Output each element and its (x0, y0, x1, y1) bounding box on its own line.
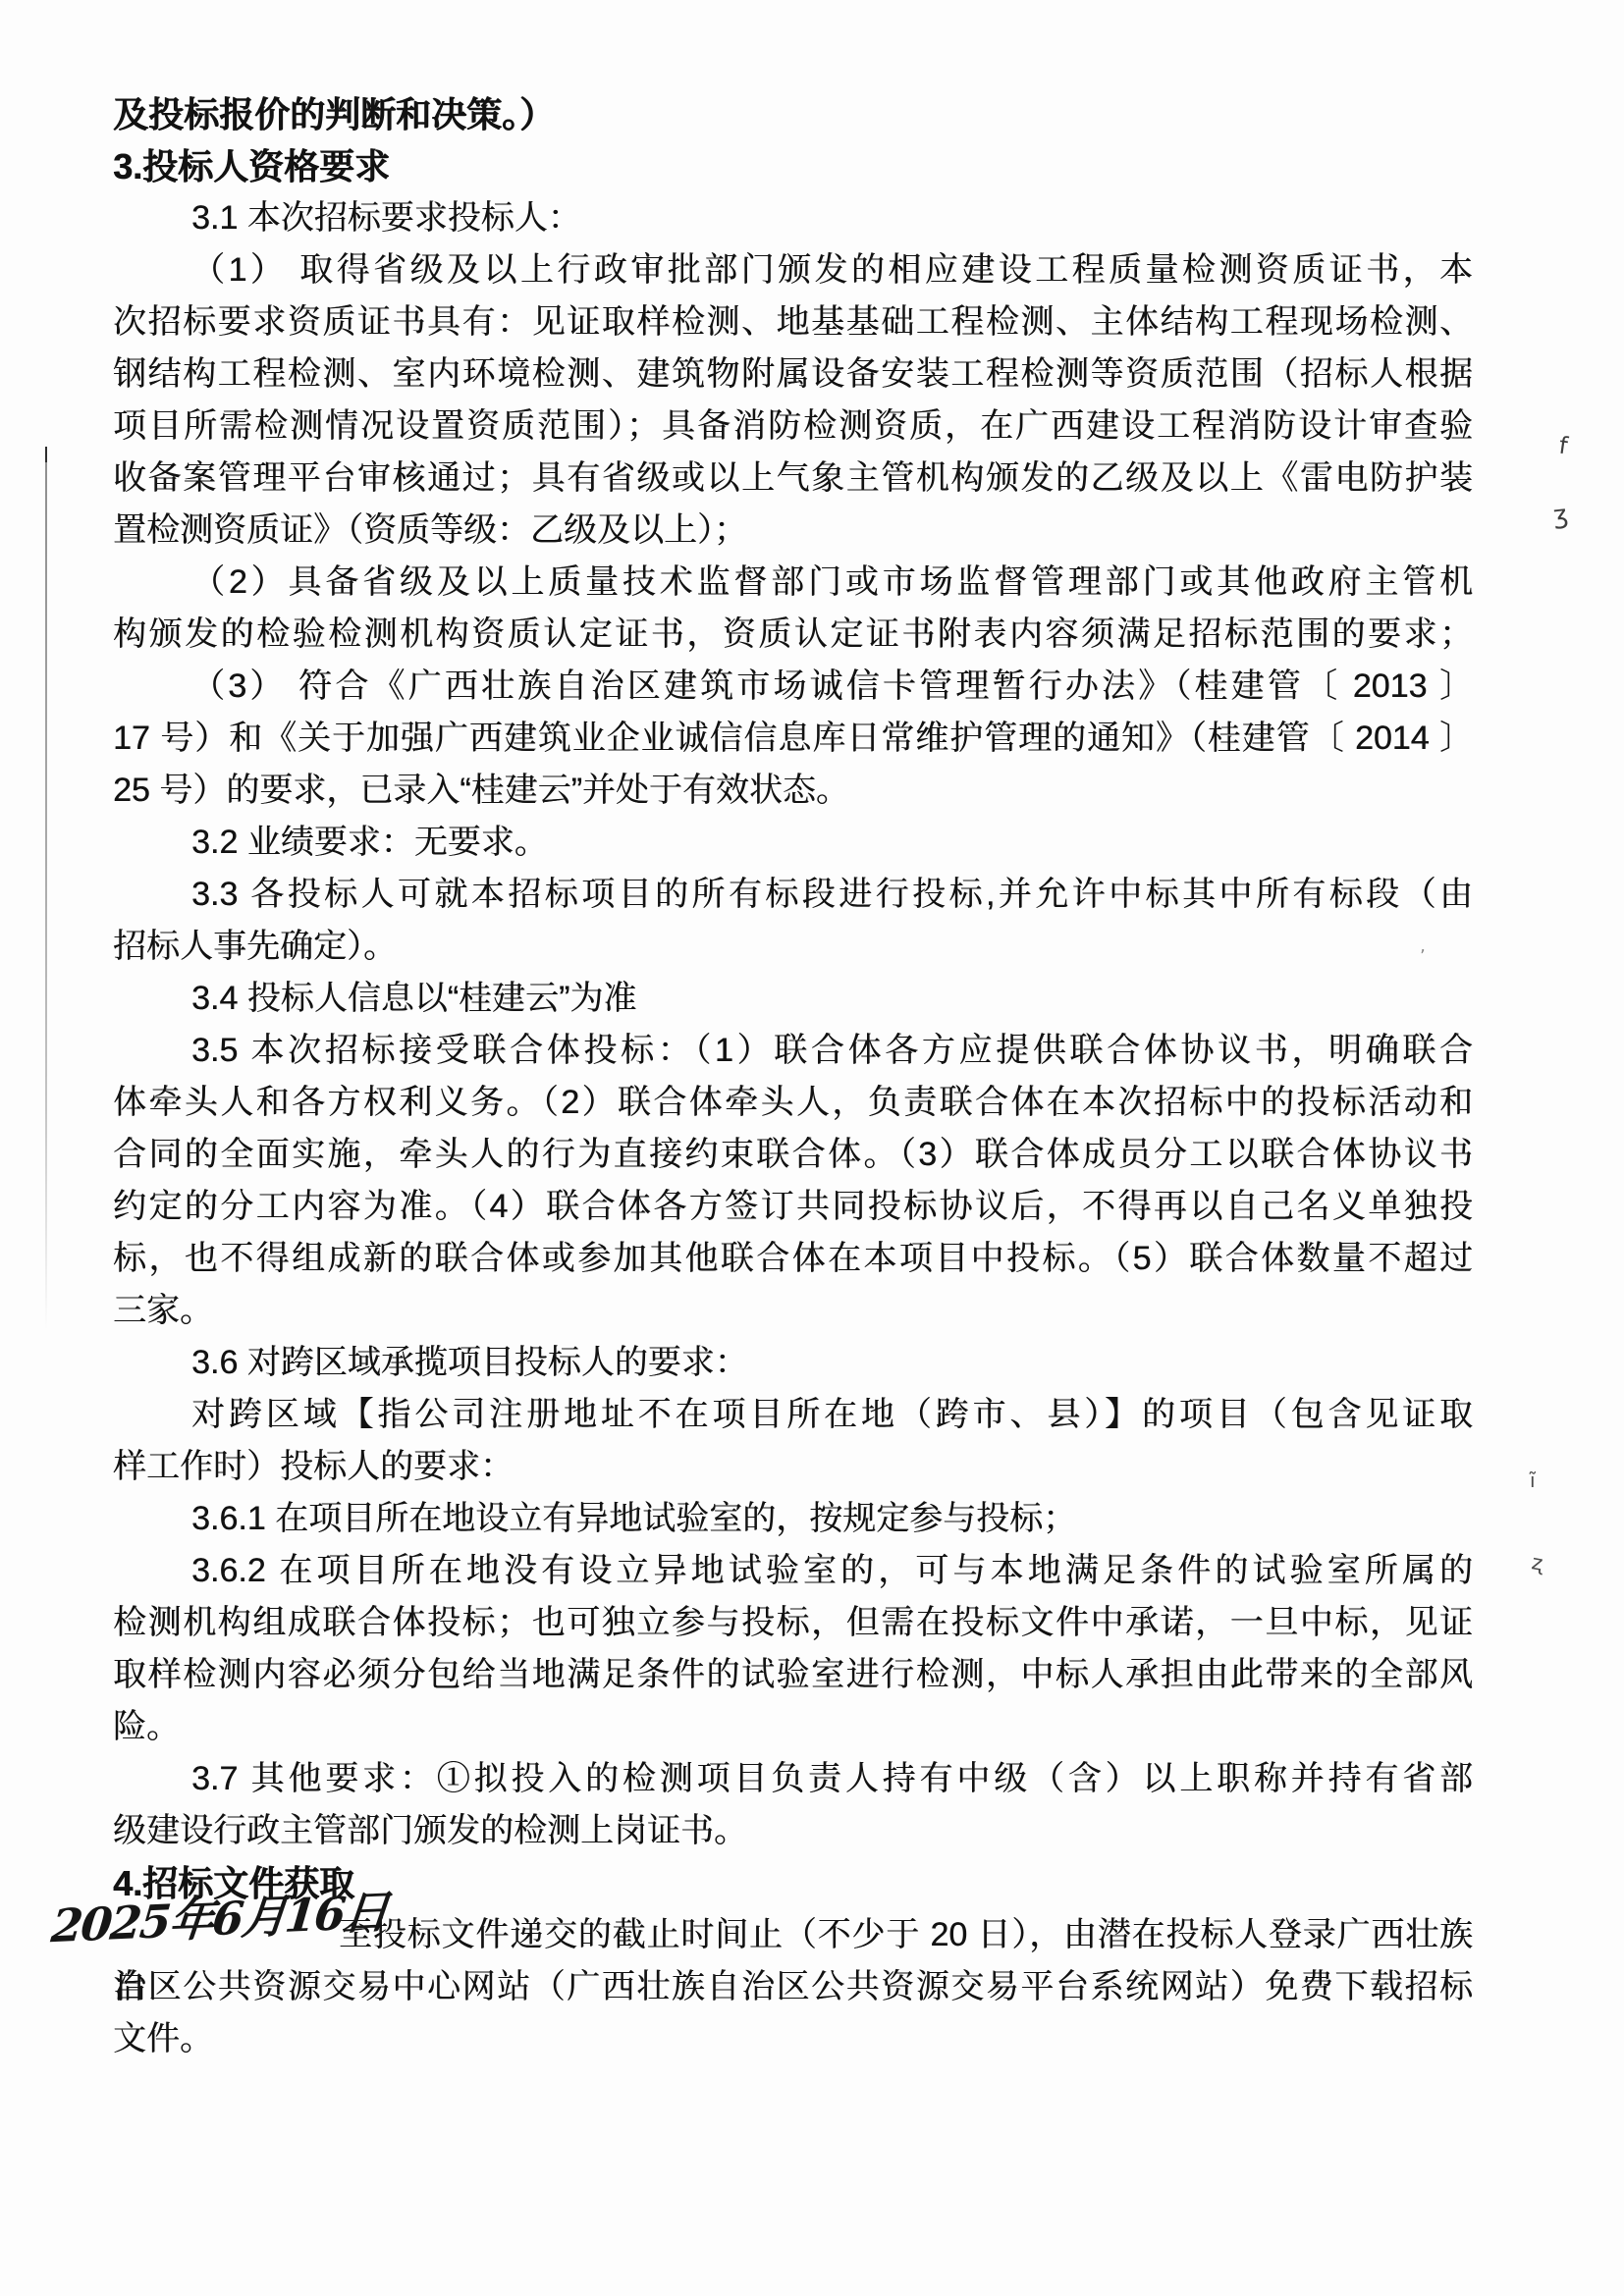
text-line: 收备案管理平台审核通过；具有省级或以上气象主管机构颁发的乙级及以上《雷电防护装 (113, 453, 1473, 505)
text-line: 合同的全面实施，牵头人的行为直接约束联合体。（3）联合体成员分工以联合体协议书 (113, 1129, 1473, 1181)
text-line: 约定的分工内容为准。（4）联合体各方签订共同投标协议后，不得再以自己名义单独投 (113, 1181, 1473, 1233)
clause-3-5: 3.5 本次招标接受联合体投标：（1）联合体各方应提供联合体协议书，明确联合 (113, 1025, 1473, 1077)
text-line: 招标人事先确定）。 (113, 921, 1473, 973)
text-line: 次招标要求资质证书具有：见证取样检测、地基基础工程检测、主体结构工程现场检测、 (113, 296, 1473, 348)
text-line: 项目所需检测情况设置资质范围）；具备消防检测资质，在广西建设工程消防设计审查验 (113, 400, 1473, 453)
text-line: 标，也不得组成新的联合体或参加其他联合体在本项目中投标。（5）联合体数量不超过 (113, 1233, 1473, 1285)
text-line: 治区公共资源交易中心网站（广西壮族自治区公共资源交易平台系统网站）免费下载招标 (113, 1961, 1473, 2013)
text-line: 三家。 (113, 1285, 1473, 1337)
text-line: 体牵头人和各方权利义务。（2）联合体牵头人，负责联合体在本次招标中的投标活动和 (113, 1077, 1473, 1129)
clause-3-7: 3.7 其他要求：①拟投入的检测项目负责人持有中级（含）以上职称并持有省部 (113, 1753, 1473, 1805)
section-heading-3: 3.投标人资格要求 (113, 140, 1473, 192)
clause-3-2: 3.2 业绩要求：无要求。 (113, 817, 1473, 869)
clause-3-1: 3.1 本次招标要求投标人： (113, 192, 1473, 244)
clause-3-6-1: 3.6.1 在项目所在地设立有异地试验室的，按规定参与投标； (113, 1493, 1473, 1545)
text-line: 级建设行政主管部门颁发的检测上岗证书。 (113, 1805, 1473, 1857)
text-line: 对跨区域【指公司注册地址不在项目所在地（跨市、县）】的项目（包含见证取 (113, 1389, 1473, 1441)
pen-mark-artifact: ĩ (1530, 1470, 1536, 1490)
text-line: （2）具备省级及以上质量技术监督部门或市场监督管理部门或其他政府主管机 (113, 557, 1473, 609)
clause-3-6-2: 3.6.2 在项目所在地没有设立异地试验室的，可与本地满足条件的试验室所属的 (113, 1545, 1473, 1597)
pen-mark-artifact: ʐ (1530, 1552, 1544, 1575)
text-line: 文件。 (113, 2013, 1473, 2065)
paragraph-tail: 及投标报价的判断和决策。） (113, 88, 1473, 140)
text-line: （3） 符合《广西壮族自治区建筑市场诚信卡管理暂行办法》（桂建管〔 2013 〕 (113, 661, 1473, 713)
text-line: 构颁发的检验检测机构资质认定证书，资质认定证书附表内容须满足招标范围的要求； (113, 609, 1473, 661)
text-line: 置检测资质证》（资质等级：乙级及以上）； (113, 505, 1473, 557)
text-line: 样工作时）投标人的要求： (113, 1441, 1473, 1493)
text-line: 取样检测内容必须分包给当地满足条件的试验室进行检测，中标人承担由此带来的全部风 (113, 1649, 1473, 1701)
text-line: 险。 (113, 1701, 1473, 1753)
clause-3-6: 3.6 对跨区域承揽项目投标人的要求： (113, 1337, 1473, 1389)
scanned-tender-document-page: 及投标报价的判断和决策。） 3.投标人资格要求 3.1 本次招标要求投标人： （… (0, 0, 1624, 2296)
document-text-block: 及投标报价的判断和决策。） 3.投标人资格要求 3.1 本次招标要求投标人： （… (113, 88, 1473, 2065)
pen-mark-artifact: f (1557, 434, 1569, 458)
text-line: 25 号）的要求，已录入“桂建云”并处于有效状态。 (113, 765, 1473, 817)
pen-mark-artifact: ’ (1420, 948, 1426, 966)
text-line: 17 号）和《关于加强广西建筑业企业诚信信息库日常维护管理的通知》（桂建管〔 2… (113, 713, 1473, 765)
text-line: 钢结构工程检测、室内环境检测、建筑物附属设备安装工程检测等资质范围（招标人根据 (113, 348, 1473, 400)
text-line: 检测机构组成联合体投标；也可独立参与投标，但需在投标文件中承诺，一旦中标，见证 (113, 1597, 1473, 1649)
text-line: （1） 取得省级及以上行政审批部门颁发的相应建设工程质量检测资质证书，本 (113, 244, 1473, 296)
scan-fold-line-artifact (45, 447, 47, 1330)
clause-3-3: 3.3 各投标人可就本招标项目的所有标段进行投标,并允许中标其中所有标段（由 (113, 869, 1473, 921)
pen-mark-artifact: ʒ (1552, 502, 1570, 528)
clause-3-4: 3.4 投标人信息以“桂建云”为准 (113, 973, 1473, 1025)
